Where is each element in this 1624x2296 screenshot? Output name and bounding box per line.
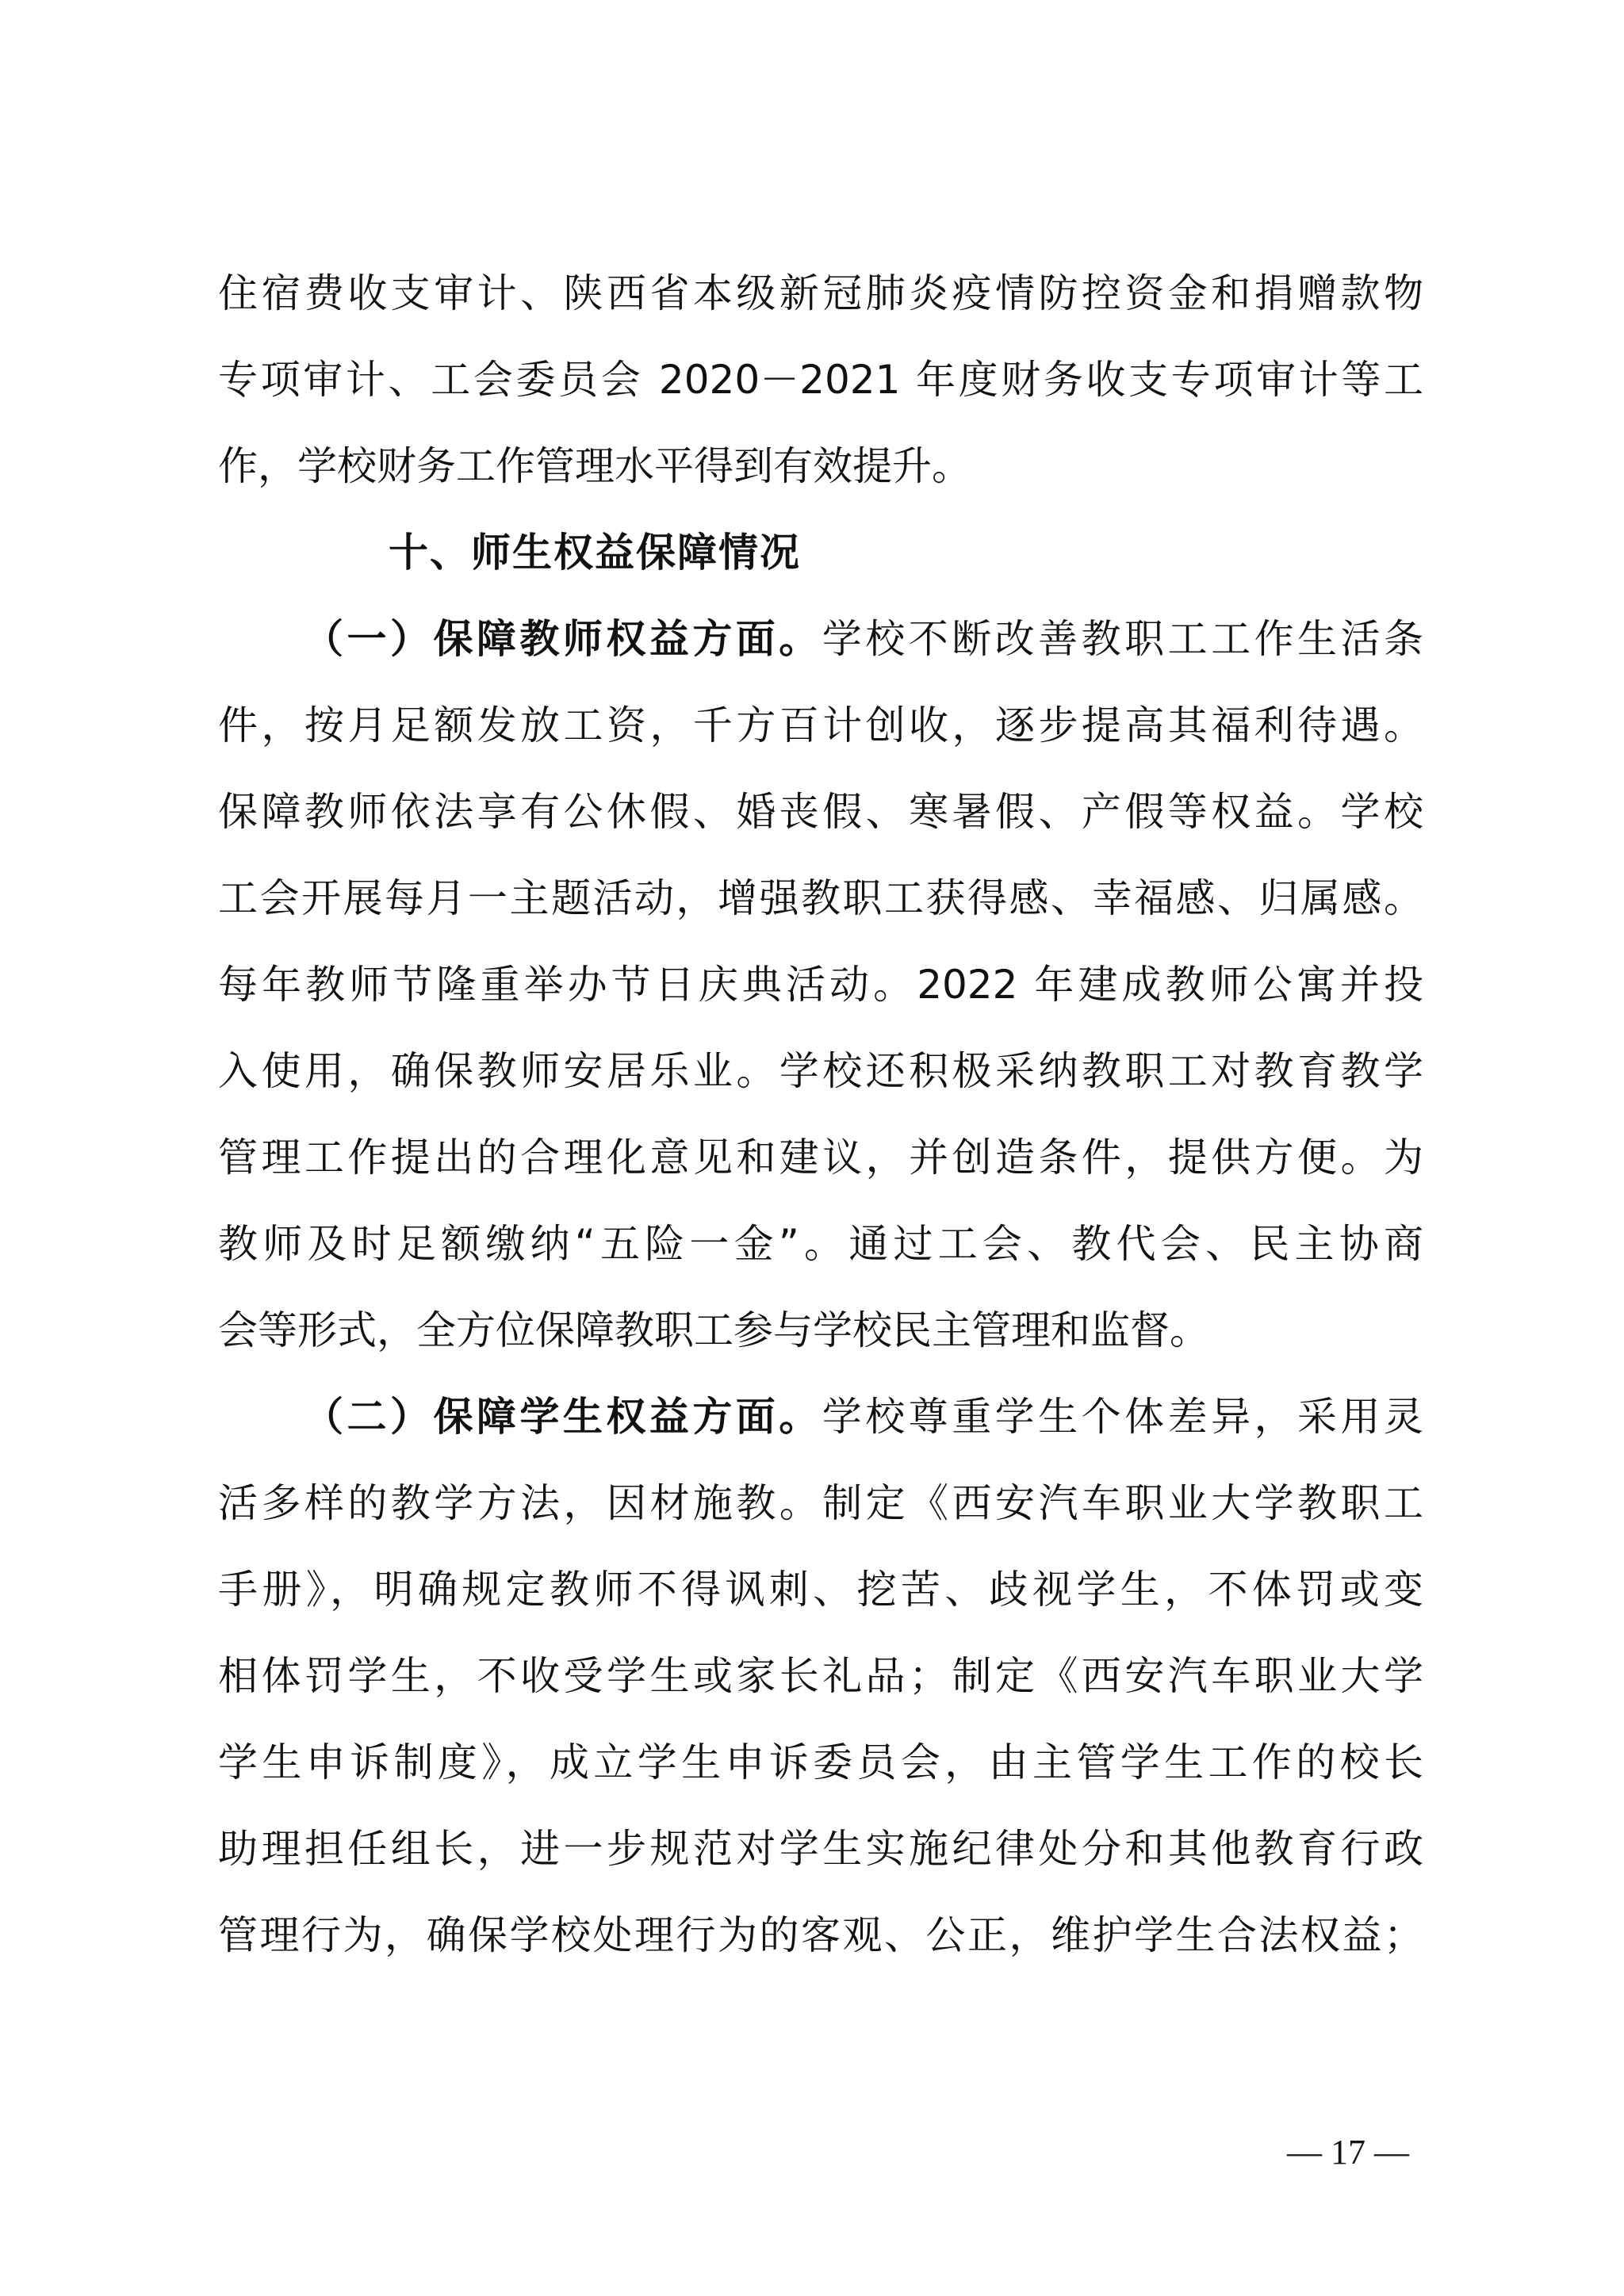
paragraph-lead-heading: （二）保障学生权益方面。	[304, 1394, 822, 1440]
paragraph-line: 管理行为，确保学校处理行为的客观、公正，维护学生合法权益；	[218, 1904, 1423, 1967]
paragraph-line: 手册》，明确规定教师不得讽刺、挖苦、歧视学生，不体罚或变	[218, 1558, 1423, 1621]
paragraph-line: 活多样的教学方法，因材施教。制定《西安汽车职业大学教职工	[218, 1471, 1423, 1535]
paragraph-lead-heading: （一）保障教师权益方面。	[304, 616, 822, 662]
paragraph-line: 专项审计、工会委员会 2020－2021 年度财务收支专项审计等工	[218, 348, 1423, 411]
paragraph-line: 住宿费收支审计、陕西省本级新冠肺炎疫情防控资金和捐赠款物	[218, 262, 1423, 325]
page-number: — 17 —	[1269, 2129, 1427, 2176]
section-heading: 十、师生权益保障情况	[389, 521, 1594, 584]
paragraph-line: 相体罚学生，不收受学生或家长礼品；制定《西安汽车职业大学	[218, 1644, 1423, 1708]
paragraph-line: 作，学校财务工作管理水平得到有效提升。	[218, 434, 1423, 498]
paragraph-line: 保障教师依法享有公休假、婚丧假、寒暑假、产假等权益。学校	[218, 780, 1423, 844]
paragraph-line: 教师及时足额缴纳“五险一金”。通过工会、教代会、民主协商	[218, 1212, 1423, 1276]
paragraph-line: 学生申诉制度》，成立学生申诉委员会，由主管学生工作的校长	[218, 1731, 1423, 1794]
paragraph-first-line: （一）保障教师权益方面。学校不断改善教职工工作生活条	[304, 607, 1423, 671]
paragraph-line: 会等形式，全方位保障教职工参与学校民主管理和监督。	[218, 1299, 1423, 1362]
paragraph-line: 助理担任组长，进一步规范对学生实施纪律处分和其他教育行政	[218, 1817, 1423, 1881]
paragraph-line: 件，按月足额发放工资，千方百计创收，逐步提高其福利待遇。	[218, 694, 1423, 757]
document-page: 住宿费收支审计、陕西省本级新冠肺炎疫情防控资金和捐赠款物 专项审计、工会委员会 …	[0, 0, 1624, 2296]
paragraph-text: 学校尊重学生个体差异，采用灵	[822, 1394, 1423, 1440]
paragraph-line: 每年教师节隆重举办节日庆典活动。2022 年建成教师公寓并投	[218, 953, 1423, 1016]
paragraph-line: 工会开展每月一主题活动，增强教职工获得感、幸福感、归属感。	[218, 867, 1423, 930]
paragraph-text: 学校不断改善教职工工作生活条	[822, 616, 1423, 662]
paragraph-line: 入使用，确保教师安居乐业。学校还积极采纳教职工对教育教学	[218, 1039, 1423, 1103]
paragraph-line: 管理工作提出的合理化意见和建议，并创造条件，提供方便。为	[218, 1126, 1423, 1189]
paragraph-first-line: （二）保障学生权益方面。学校尊重学生个体差异，采用灵	[304, 1385, 1423, 1448]
